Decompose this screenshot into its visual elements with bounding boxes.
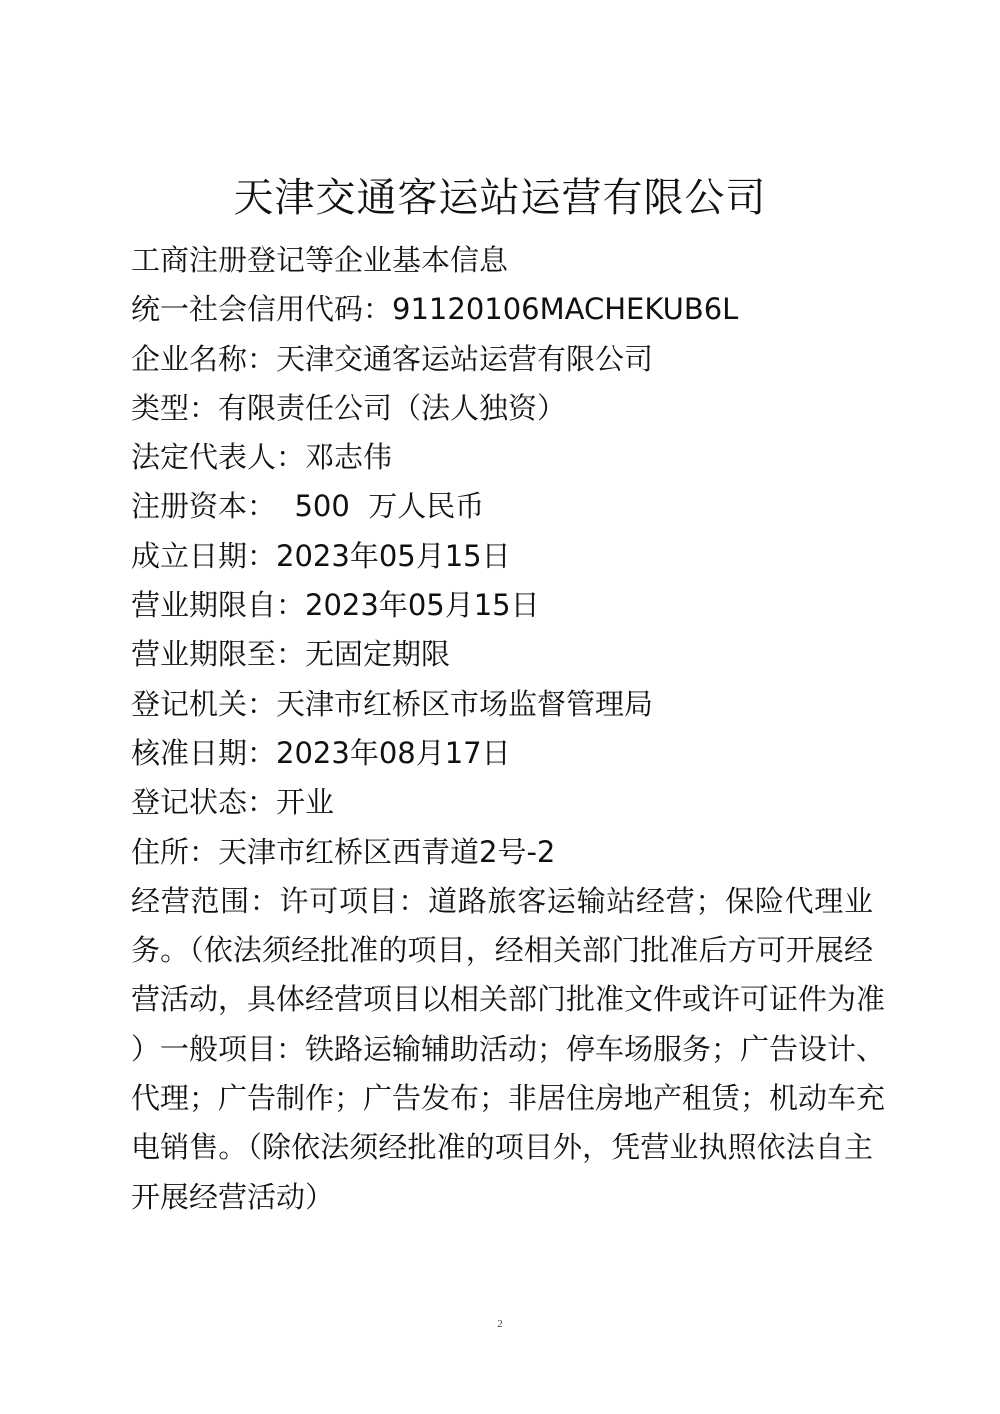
field-label: 法定代表人： xyxy=(131,440,305,474)
field-value: 500 万人民币 xyxy=(276,489,484,523)
field-establishment-date: 成立日期：2023年05月15日 xyxy=(131,532,873,581)
business-scope-line: 电销售。（除依法须经批准的项目外，凭营业执照依法自主 xyxy=(131,1123,873,1172)
field-label: 住所： xyxy=(131,835,218,869)
field-registration-status: 登记状态：开业 xyxy=(131,778,873,827)
field-business-scope: 经营范围：许可项目：道路旅客运输站经营；保险代理业 务。（依法须经批准的项目，经… xyxy=(131,877,873,1222)
business-scope-line: 开展经营活动） xyxy=(131,1173,873,1222)
document-page: 天津交通客运站运营有限公司 工商注册登记等企业基本信息 统一社会信用代码：911… xyxy=(0,0,1000,1414)
field-value: 天津市红桥区西青道2号-2 xyxy=(218,835,555,869)
field-value: 天津交通客运站运营有限公司 xyxy=(276,342,653,376)
field-company-name: 企业名称：天津交通客运站运营有限公司 xyxy=(131,335,873,384)
field-label: 企业名称： xyxy=(131,342,276,376)
field-label: 注册资本： xyxy=(131,489,276,523)
company-info-body: 工商注册登记等企业基本信息 统一社会信用代码：91120106MACHEKUB6… xyxy=(131,236,873,1222)
field-label: 登记状态： xyxy=(131,785,276,819)
field-value: 开业 xyxy=(276,785,334,819)
field-company-type: 类型：有限责任公司（法人独资） xyxy=(131,384,873,433)
business-scope-line: 务。（依法须经批准的项目，经相关部门批准后方可开展经 xyxy=(131,926,873,975)
page-number: 2 xyxy=(0,1318,1000,1330)
field-term-to: 营业期限至：无固定期限 xyxy=(131,630,873,679)
field-approval-date: 核准日期：2023年08月17日 xyxy=(131,729,873,778)
document-title: 天津交通客运站运营有限公司 xyxy=(0,172,1000,224)
field-value: 91120106MACHEKUB6L xyxy=(392,292,738,326)
field-value: 2023年05月15日 xyxy=(305,588,540,622)
field-label: 类型： xyxy=(131,391,218,425)
field-registration-authority: 登记机关：天津市红桥区市场监督管理局 xyxy=(131,680,873,729)
field-label: 核准日期： xyxy=(131,736,276,770)
field-label: 营业期限自： xyxy=(131,588,305,622)
field-label: 统一社会信用代码： xyxy=(131,292,392,326)
business-scope-line: 营活动，具体经营项目以相关部门批准文件或许可证件为准 xyxy=(131,975,873,1024)
field-label: 成立日期： xyxy=(131,539,276,573)
field-value: 2023年05月15日 xyxy=(276,539,511,573)
field-value: 天津市红桥区市场监督管理局 xyxy=(276,687,653,721)
field-registered-capital: 注册资本： 500 万人民币 xyxy=(131,482,873,531)
business-scope-line: ）一般项目：铁路运输辅助活动；停车场服务；广告设计、 xyxy=(131,1025,873,1074)
section-heading: 工商注册登记等企业基本信息 xyxy=(131,236,873,285)
field-value: 无固定期限 xyxy=(305,637,450,671)
field-label: 营业期限至： xyxy=(131,637,305,671)
field-value: 有限责任公司（法人独资） xyxy=(218,391,566,425)
field-legal-representative: 法定代表人：邓志伟 xyxy=(131,433,873,482)
field-credit-code: 统一社会信用代码：91120106MACHEKUB6L xyxy=(131,285,873,334)
field-value: 2023年08月17日 xyxy=(276,736,511,770)
field-label: 登记机关： xyxy=(131,687,276,721)
field-term-from: 营业期限自：2023年05月15日 xyxy=(131,581,873,630)
field-address: 住所：天津市红桥区西青道2号-2 xyxy=(131,828,873,877)
field-value: 邓志伟 xyxy=(305,440,392,474)
business-scope-line: 经营范围：许可项目：道路旅客运输站经营；保险代理业 xyxy=(131,877,873,926)
business-scope-line: 代理；广告制作；广告发布；非居住房地产租赁；机动车充 xyxy=(131,1074,873,1123)
